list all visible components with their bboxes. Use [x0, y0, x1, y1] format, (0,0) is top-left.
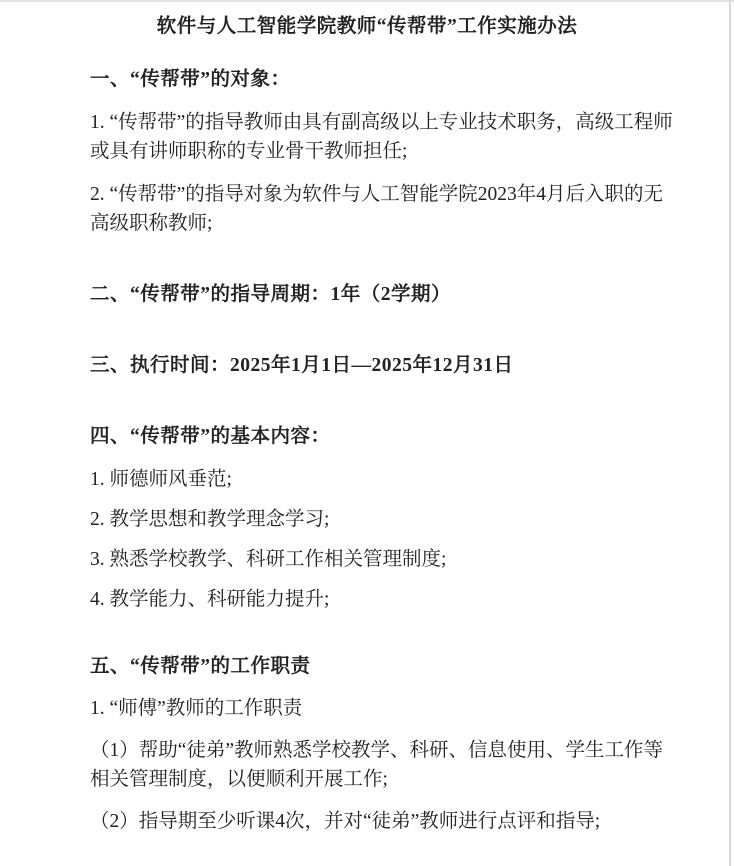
section-4-item-3: 3. 熟悉学校教学、科研工作相关管理制度;	[90, 545, 676, 574]
document-body: 一、“传帮带”的对象： 1. “传帮带”的指导教师由具有副高级以上专业技术职务，…	[90, 65, 676, 836]
section-2-heading: 二、“传帮带”的指导周期：1年（2学期）	[90, 280, 676, 309]
section-5-item-2: （2）指导期至少听课4次，并对“徒弟”教师进行点评和指导;	[90, 807, 676, 836]
section-5-heading: 五、“传帮带”的工作职责	[90, 652, 676, 681]
section-3-heading: 三、执行时间：2025年1月1日—2025年12月31日	[90, 351, 676, 380]
section-4-item-4: 4. 教学能力、科研能力提升;	[90, 585, 676, 614]
document-page: 软件与人工智能学院教师“传帮带”工作实施办法 一、“传帮带”的对象： 1. “传…	[0, 0, 734, 866]
section-1-paragraph-2: 2. “传帮带”的指导对象为软件与人工智能学院2023年4月后入职的无高级职称教…	[90, 180, 676, 238]
scan-edge-top	[0, 0, 734, 2]
section-4-heading: 四、“传帮带”的基本内容：	[90, 422, 676, 451]
section-5-item-1: （1）帮助“徒弟”教师熟悉学校教学、科研、信息使用、学生工作等相关管理制度，以便…	[90, 736, 676, 794]
section-5-subheading: 1. “师傅”教师的工作职责	[90, 694, 676, 723]
section-1-heading: 一、“传帮带”的对象：	[90, 65, 676, 94]
section-4-item-1: 1. 师德师风垂范;	[90, 465, 676, 494]
section-4-item-2: 2. 教学思想和教学理念学习;	[90, 505, 676, 534]
scan-edge-right	[729, 0, 731, 866]
document-title: 软件与人工智能学院教师“传帮带”工作实施办法	[0, 12, 734, 41]
section-1-paragraph-1: 1. “传帮带”的指导教师由具有副高级以上专业技术职务，高级工程师或具有讲师职称…	[90, 108, 676, 166]
